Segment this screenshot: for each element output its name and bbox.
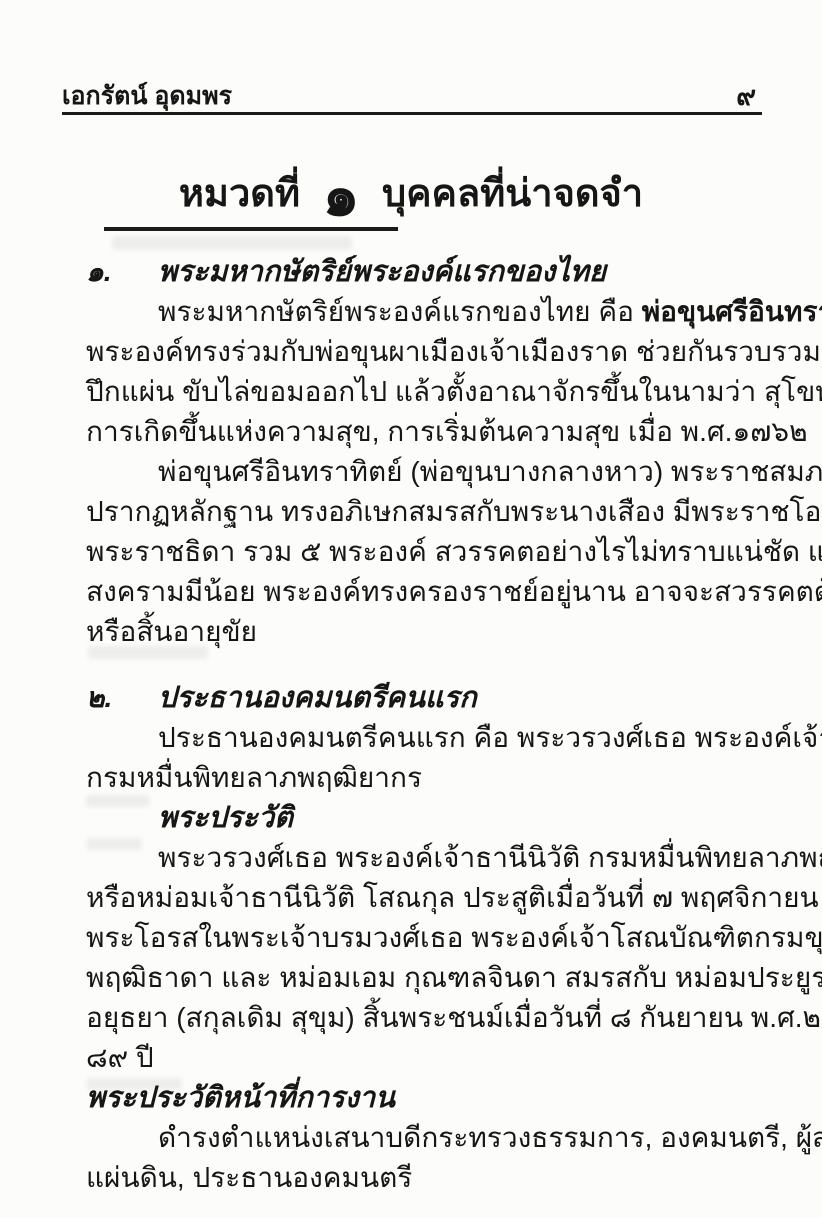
paragraph-line: พฤฒิธาดา และ หม่อมเอม กุณฑลจินดา สมรสกับ… xyxy=(86,958,746,998)
bold-name-segment: พ่อขุนศรีอินทราทิตย์ xyxy=(642,296,822,327)
paragraph-line: อยุธยา (สกุลเดิม สุขุม) สิ้นพระชนม์เมื่อ… xyxy=(86,998,746,1038)
paragraph-line: การเกิดขึ้นแห่งความสุข, การเริ่มต้นความส… xyxy=(86,412,746,452)
paragraph-line: พ่อขุนศรีอินทราทิตย์ (พ่อขุนบางกลางหาว) … xyxy=(86,452,746,492)
paragraph-line: พระราชธิดา รวม ๕ พระองค์ สวรรคตอย่างไรไม… xyxy=(86,532,746,572)
paragraph-line: สงครามมีน้อย พระองค์ทรงครองราชย์อยู่นาน … xyxy=(86,572,746,612)
chapter-title: หมวดที่ ๑ บุคคลที่น่าจดจำ xyxy=(0,164,822,225)
body-text-column: ๑. พระมหากษัตริย์พระองค์แรกของไทย พระมหา… xyxy=(86,252,746,1198)
title-underline-rule xyxy=(104,227,398,231)
paragraph-line: แผ่นดิน, ประธานองคมนตรี xyxy=(86,1158,746,1198)
chapter-number: ๑ xyxy=(323,167,360,225)
paragraph-line: พระโอรสในพระเจ้าบรมวงศ์เธอ พระองค์เจ้าโส… xyxy=(86,918,746,958)
page-number: ๙ xyxy=(736,82,762,110)
section-1-heading: พระมหากษัตริย์พระองค์แรกของไทย xyxy=(158,252,606,292)
section-1-heading-row: ๑. พระมหากษัตริย์พระองค์แรกของไทย xyxy=(86,252,746,292)
section-2-heading-row: ๒. ประธานองคมนตรีคนแรก xyxy=(86,678,746,718)
subheading-career: พระประวัติหน้าที่การงาน xyxy=(86,1078,746,1118)
paragraph-line: พระมหากษัตริย์พระองค์แรกของไทย คือ พ่อขุ… xyxy=(86,292,746,332)
paragraph-line: ปรากฏหลักฐาน ทรงอภิเษกสมรสกับพระนางเสือง… xyxy=(86,492,746,532)
running-header: เอกรัตน์ อุดมพร ๙ xyxy=(62,82,762,115)
chapter-title-prefix: หมวดที่ xyxy=(179,173,300,215)
paragraph-line: พระองค์ทรงร่วมกับพ่อขุนผาเมืองเจ้าเมืองร… xyxy=(86,332,746,372)
paragraph-line: ดำรงตำแหน่งเสนาบดีกระทรวงธรรมการ, องคมนต… xyxy=(86,1118,746,1158)
section-2-number: ๒. xyxy=(86,678,158,718)
paragraph-line: หรือสิ้นอายุขัย xyxy=(86,612,746,652)
paragraph-line: พระวรวงศ์เธอ พระองค์เจ้าธานีนิวัติ กรมหม… xyxy=(86,838,746,878)
section-2-heading: ประธานองคมนตรีคนแรก xyxy=(158,678,477,718)
paragraph-line: ประธานองคมนตรีคนแรก คือ พระวรวงศ์เธอ พระ… xyxy=(86,718,746,758)
paragraph-line: ๘๙ ปี xyxy=(86,1038,746,1078)
section-1-number: ๑. xyxy=(86,252,158,292)
book-page: เอกรัตน์ อุดมพร ๙ หมวดที่ ๑ บุคคลที่น่าจ… xyxy=(0,0,822,1218)
chapter-title-suffix: บุคคลที่น่าจดจำ xyxy=(382,173,643,215)
paragraph-line: กรมหมื่นพิทยลาภพฤฒิยากร xyxy=(86,758,746,798)
author-running-head: เอกรัตน์ อุดมพร xyxy=(62,82,232,110)
text-segment: พระมหากษัตริย์พระองค์แรกของไทย คือ xyxy=(158,296,642,327)
subheading-biography: พระประวัติ xyxy=(86,798,746,838)
paragraph-line: ปึกแผ่น ขับไล่ขอมออกไป แล้วตั้งอาณาจักรข… xyxy=(86,372,746,412)
paragraph-line: หรือหม่อมเจ้าธานีนิวัติ โสณกุล ประสูติเม… xyxy=(86,878,746,918)
bleed-through-artifact xyxy=(112,236,352,250)
